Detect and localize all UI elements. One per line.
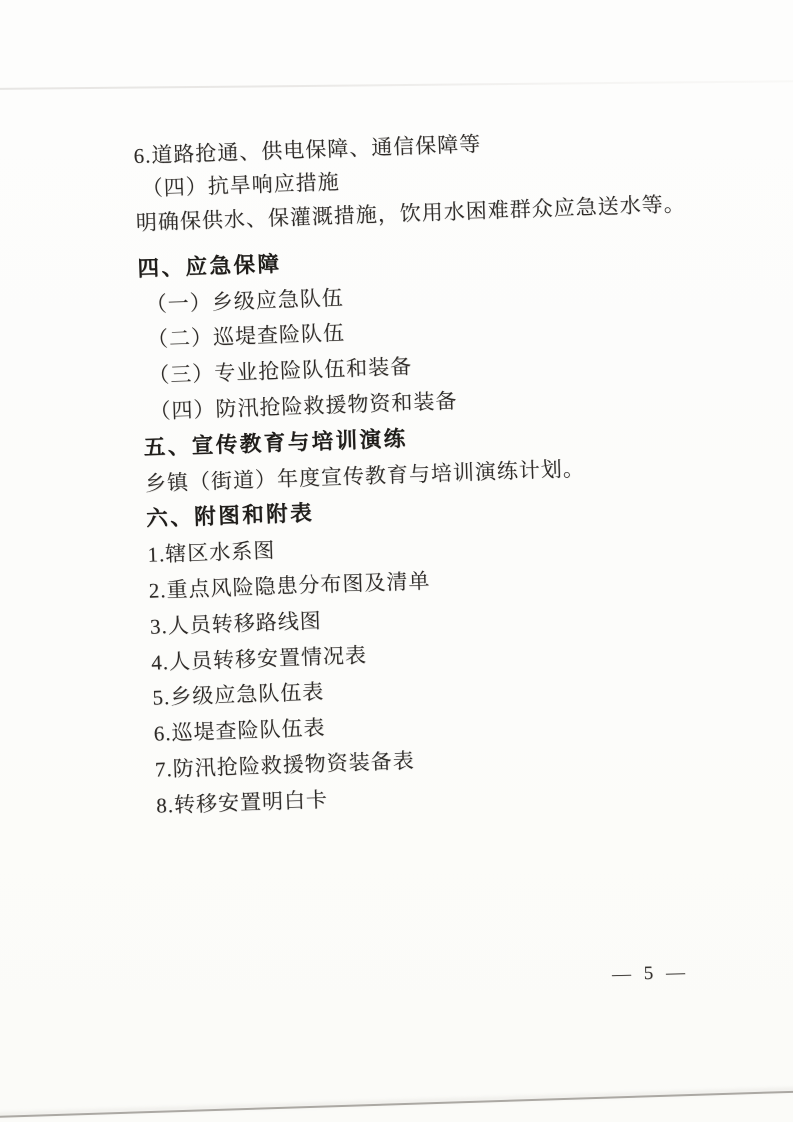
document-body: 6.道路抢通、供电保障、通信保障等 （四）抗旱响应措施 明确保供水、保灌溉措施，… <box>133 117 777 824</box>
page-number: — 5 — <box>612 962 690 986</box>
scan-crease-line <box>0 80 793 90</box>
paper-edge-shadow <box>0 1088 793 1118</box>
scanned-document-page: 6.道路抢通、供电保障、通信保障等 （四）抗旱响应措施 明确保供水、保灌溉措施，… <box>0 0 793 1122</box>
